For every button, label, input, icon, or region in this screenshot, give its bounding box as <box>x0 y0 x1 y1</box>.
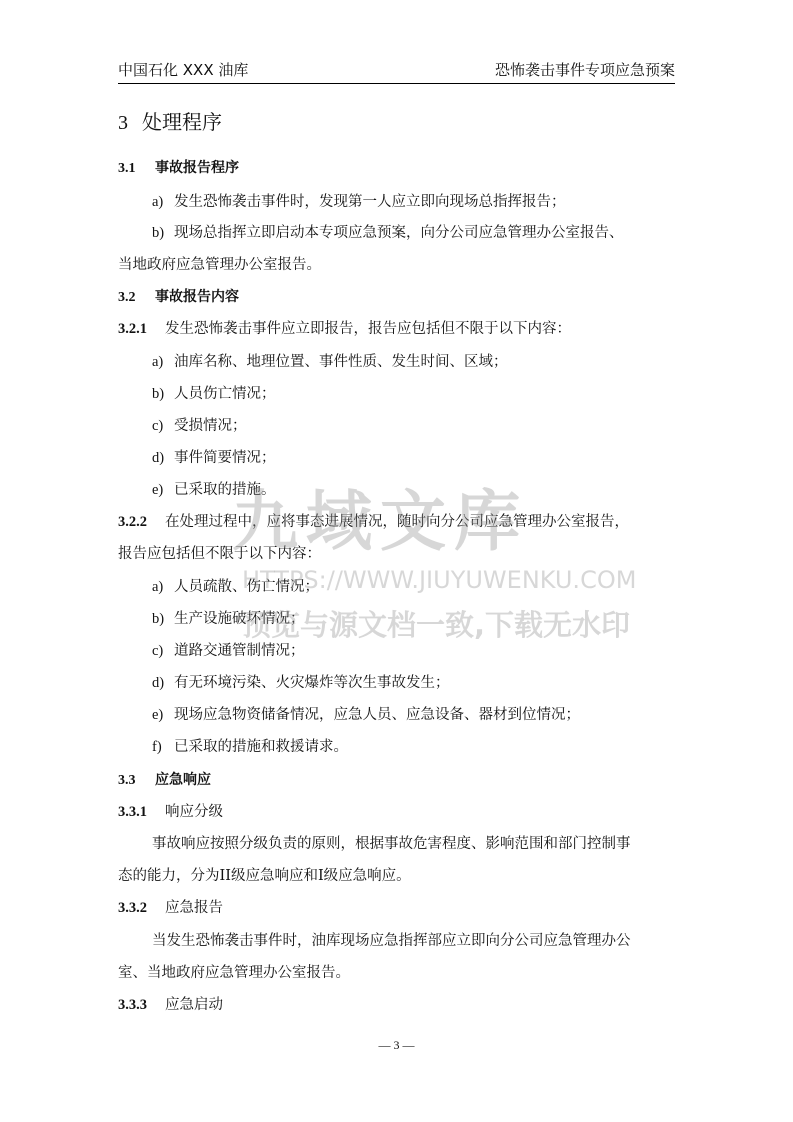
chapter-title-text: 处理程序 <box>142 110 222 134</box>
list-item: b)人员伤亡情况； <box>152 384 276 404</box>
page-header: 中国石化 XXX 油库 恐怖袭击事件专项应急预案 <box>118 56 675 84</box>
paragraph-line: 态的能力，分为II级应急响应和I级应急响应。 <box>118 866 411 886</box>
subsection-3-2-1: 3.2.1发生恐怖袭击事件应立即报告，报告应包括但不限于以下内容： <box>118 319 571 339</box>
paragraph-continuation: 报告应包括但不限于以下内容： <box>118 544 321 564</box>
list-item: d)有无环境污染、火灾爆炸等次生事故发生； <box>152 673 450 693</box>
header-doc-title: 恐怖袭击事件专项应急预案 <box>495 59 675 80</box>
list-item: f)已采取的措施和救援请求。 <box>152 737 348 757</box>
subsection-3-3-1: 3.3.1响应分级 <box>118 802 223 822</box>
list-item: a)油库名称、地理位置、事件性质、发生时间、区域； <box>152 352 508 372</box>
list-item: a)人员疏散、伤亡情况； <box>152 577 319 597</box>
section-heading-3-3: 3.3应急响应 <box>118 770 211 791</box>
paragraph-line: 室、当地政府应急管理办公室报告。 <box>118 963 350 983</box>
list-item: c)道路交通管制情况； <box>152 641 305 661</box>
section-heading-3-1: 3.1事故报告程序 <box>118 158 239 179</box>
header-org: 中国石化 XXX 油库 <box>118 59 248 80</box>
list-item-continuation: 当地政府应急管理办公室报告。 <box>118 255 321 275</box>
list-item: c)受损情况； <box>152 416 247 436</box>
list-item: d)事件简要情况； <box>152 448 276 468</box>
page-number: — 3 — <box>0 1038 793 1053</box>
subsection-3-3-2: 3.3.2应急报告 <box>118 898 223 918</box>
chapter-title: 3处理程序 <box>118 106 222 135</box>
list-item: e)已采取的措施。 <box>152 480 276 500</box>
list-item: e)现场应急物资储备情况，应急人员、应急设备、器材到位情况； <box>152 705 580 725</box>
chapter-number: 3 <box>118 112 128 134</box>
section-heading-3-2: 3.2事故报告内容 <box>118 287 239 308</box>
list-item: b)生产设施破坏情况； <box>152 609 305 629</box>
list-item: a)发生恐怖袭击事件时，发现第一人应立即向现场总指挥报告； <box>152 192 566 212</box>
subsection-3-3-3: 3.3.3应急启动 <box>118 995 223 1015</box>
paragraph-line: 事故响应按照分级负责的原则，根据事故危害程度、影响范围和部门控制事 <box>152 834 631 854</box>
list-item: b)现场总指挥立即启动本专项应急预案，向分公司应急管理办公室报告、 <box>152 223 624 243</box>
subsection-3-2-2: 3.2.2在处理过程中，应将事态进展情况，随时向分公司应急管理办公室报告， <box>118 512 629 532</box>
paragraph-line: 当发生恐怖袭击事件时，油库现场应急指挥部应立即向分公司应急管理办公 <box>152 931 631 951</box>
